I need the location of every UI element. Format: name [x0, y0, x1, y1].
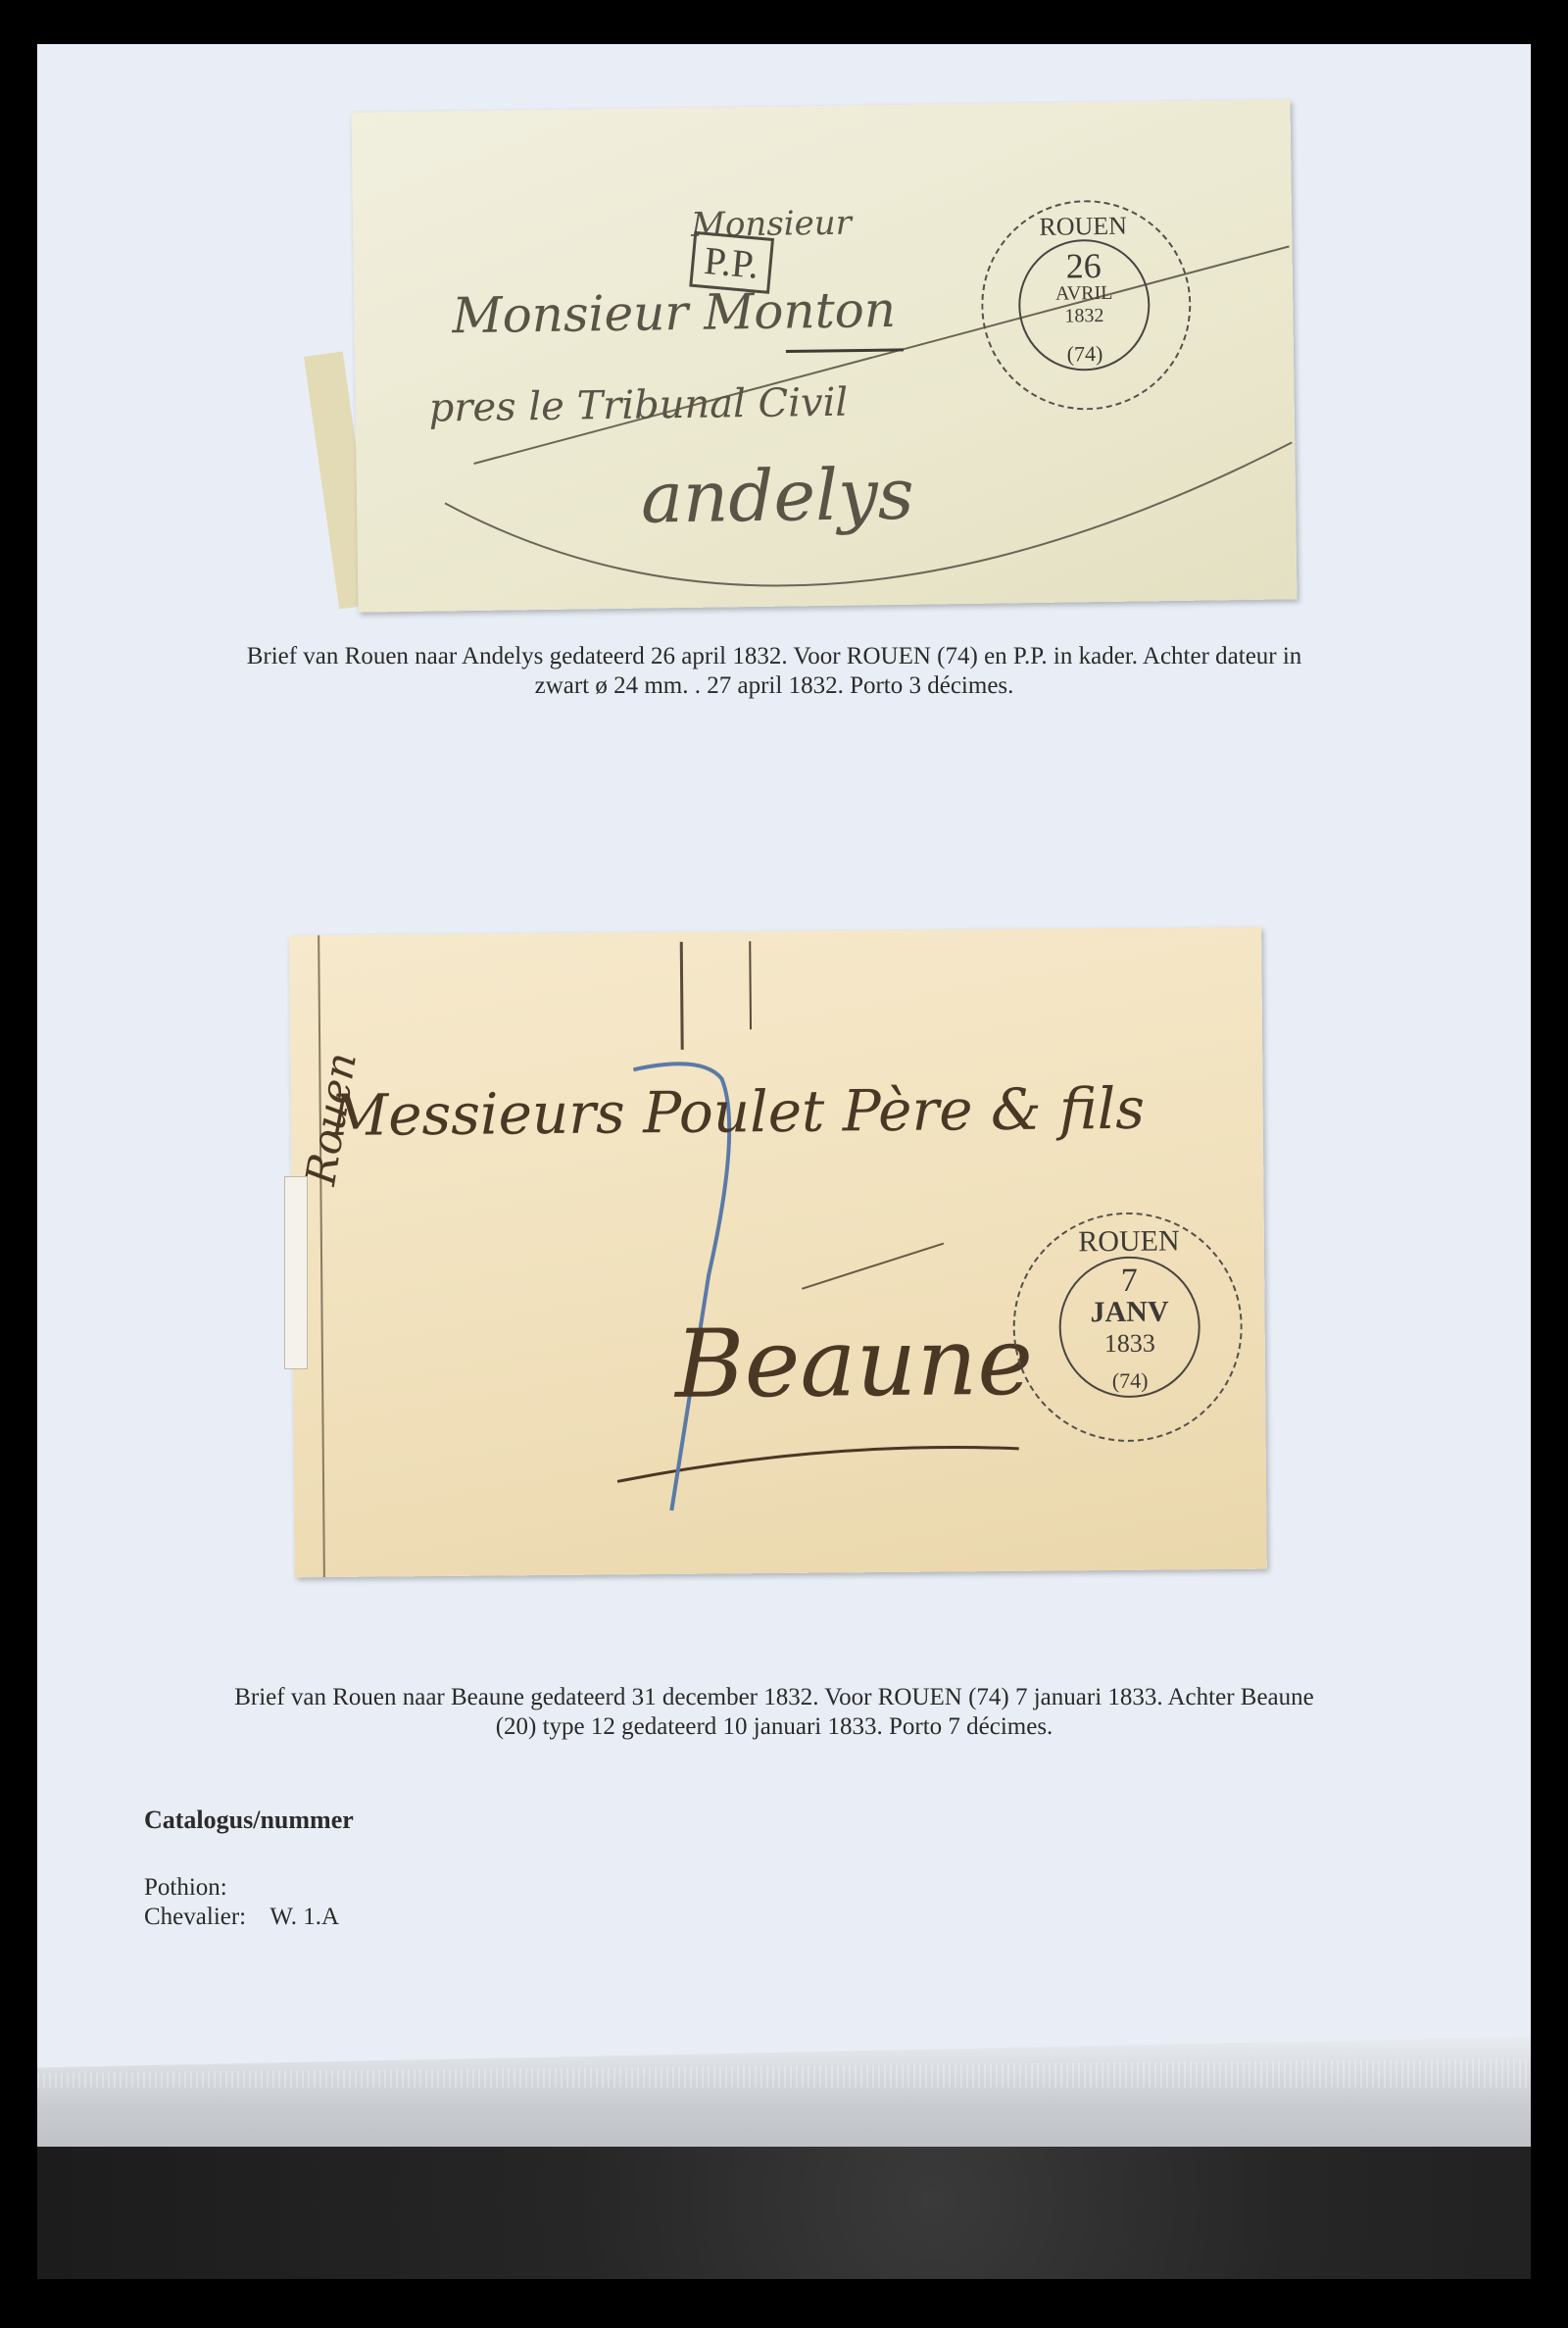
chevalier-value: W. 1.A	[269, 1904, 339, 1930]
chevalier-label: Chevalier:	[144, 1904, 246, 1930]
caption-1: Brief van Rouen naar Andelys gedateerd 2…	[137, 642, 1411, 701]
catalog-chevalier: Chevalier: W. 1.A	[144, 1904, 339, 1931]
postmark-day: 26	[1020, 248, 1148, 283]
cover-1-address-line: Monsieur Monton	[452, 281, 896, 344]
caption-1-line-2: zwart ø 24 mm. . 27 april 1832. Porto 3 …	[137, 671, 1411, 701]
cover-1-address-line: pres le Tribunal Civil	[428, 380, 848, 431]
postmark-dept: (74)	[1021, 340, 1149, 368]
cover-2: Rouen Messieurs Poulet Père & fils Beaun…	[289, 927, 1267, 1578]
postmark-month: JANV	[1060, 1295, 1198, 1329]
cover-2-postmark: ROUEN 7 JANV 1833 (74)	[1058, 1256, 1200, 1398]
background-surface	[37, 2147, 1531, 2279]
caption-2-line-2: (20) type 12 gedateerd 10 januari 1833. …	[137, 1712, 1411, 1742]
caption-1-line-1: Brief van Rouen naar Andelys gedateerd 2…	[137, 642, 1411, 671]
caption-2-line-1: Brief van Rouen naar Beaune gedateerd 31…	[137, 1683, 1411, 1712]
postmark-town: ROUEN	[1060, 1224, 1198, 1259]
cover-2-address-line: Beaune	[675, 1307, 1034, 1419]
postmark-year: 1832	[1020, 304, 1148, 328]
cover-2-address-line: Messieurs Poulet Père & fils	[329, 1075, 1145, 1149]
pp-framed-mark: P.P.	[689, 231, 773, 294]
cover-1-address-line: andelys	[640, 453, 914, 539]
postmark-dept: (74)	[1061, 1367, 1199, 1394]
caption-2: Brief van Rouen naar Beaune gedateerd 31…	[137, 1683, 1411, 1742]
catalog-title: Catalogus/nummer	[144, 1806, 354, 1835]
pothion-label: Pothion:	[144, 1874, 227, 1901]
postmark-year: 1833	[1061, 1328, 1199, 1359]
postmark-day: 7	[1060, 1265, 1198, 1296]
catalog-pothion: Pothion:	[144, 1874, 227, 1902]
postmark-town: ROUEN	[1019, 211, 1147, 242]
cover-1-postmark: ROUEN 26 AVRIL 1832 (74)	[1017, 238, 1151, 371]
cover-2-flap	[284, 1176, 308, 1369]
postmark-month: AVRIL	[1020, 281, 1148, 306]
cover-1: Monsieur Monsieur Monton pres le Tribuna…	[351, 99, 1297, 612]
